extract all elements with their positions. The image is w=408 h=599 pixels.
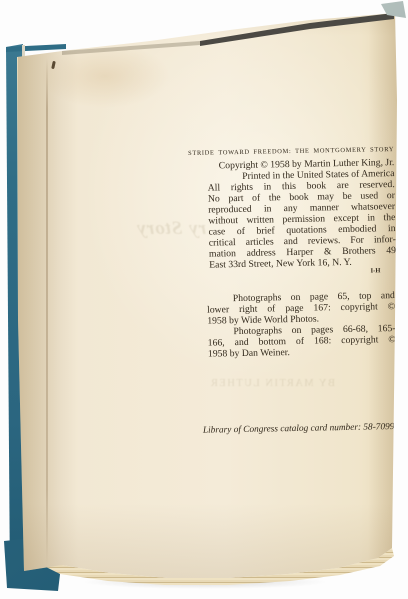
- rights-paragraph: All rights in this book are reserved. No…: [208, 179, 397, 271]
- page-crease: [46, 58, 48, 566]
- photo-background: ry Story BY MARTIN LUTHER STRIDE TOWARD …: [0, 0, 408, 599]
- series-title-line: STRIDE TOWARD FREEDOM: THE MONTGOMERY ST…: [188, 146, 394, 158]
- book-page: ry Story BY MARTIN LUTHER STRIDE TOWARD …: [0, 0, 408, 599]
- photo-credits-paragraphs: Photographs on page 65, top and lower ri…: [207, 290, 396, 360]
- copyright-text-block: STRIDE TOWARD FREEDOM: THE MONTGOMERY ST…: [188, 146, 399, 437]
- photo-credit-line: 1958 by Dan Weiner.: [208, 345, 396, 360]
- page-stain: [40, 44, 170, 108]
- gutter-shadow: [18, 44, 78, 584]
